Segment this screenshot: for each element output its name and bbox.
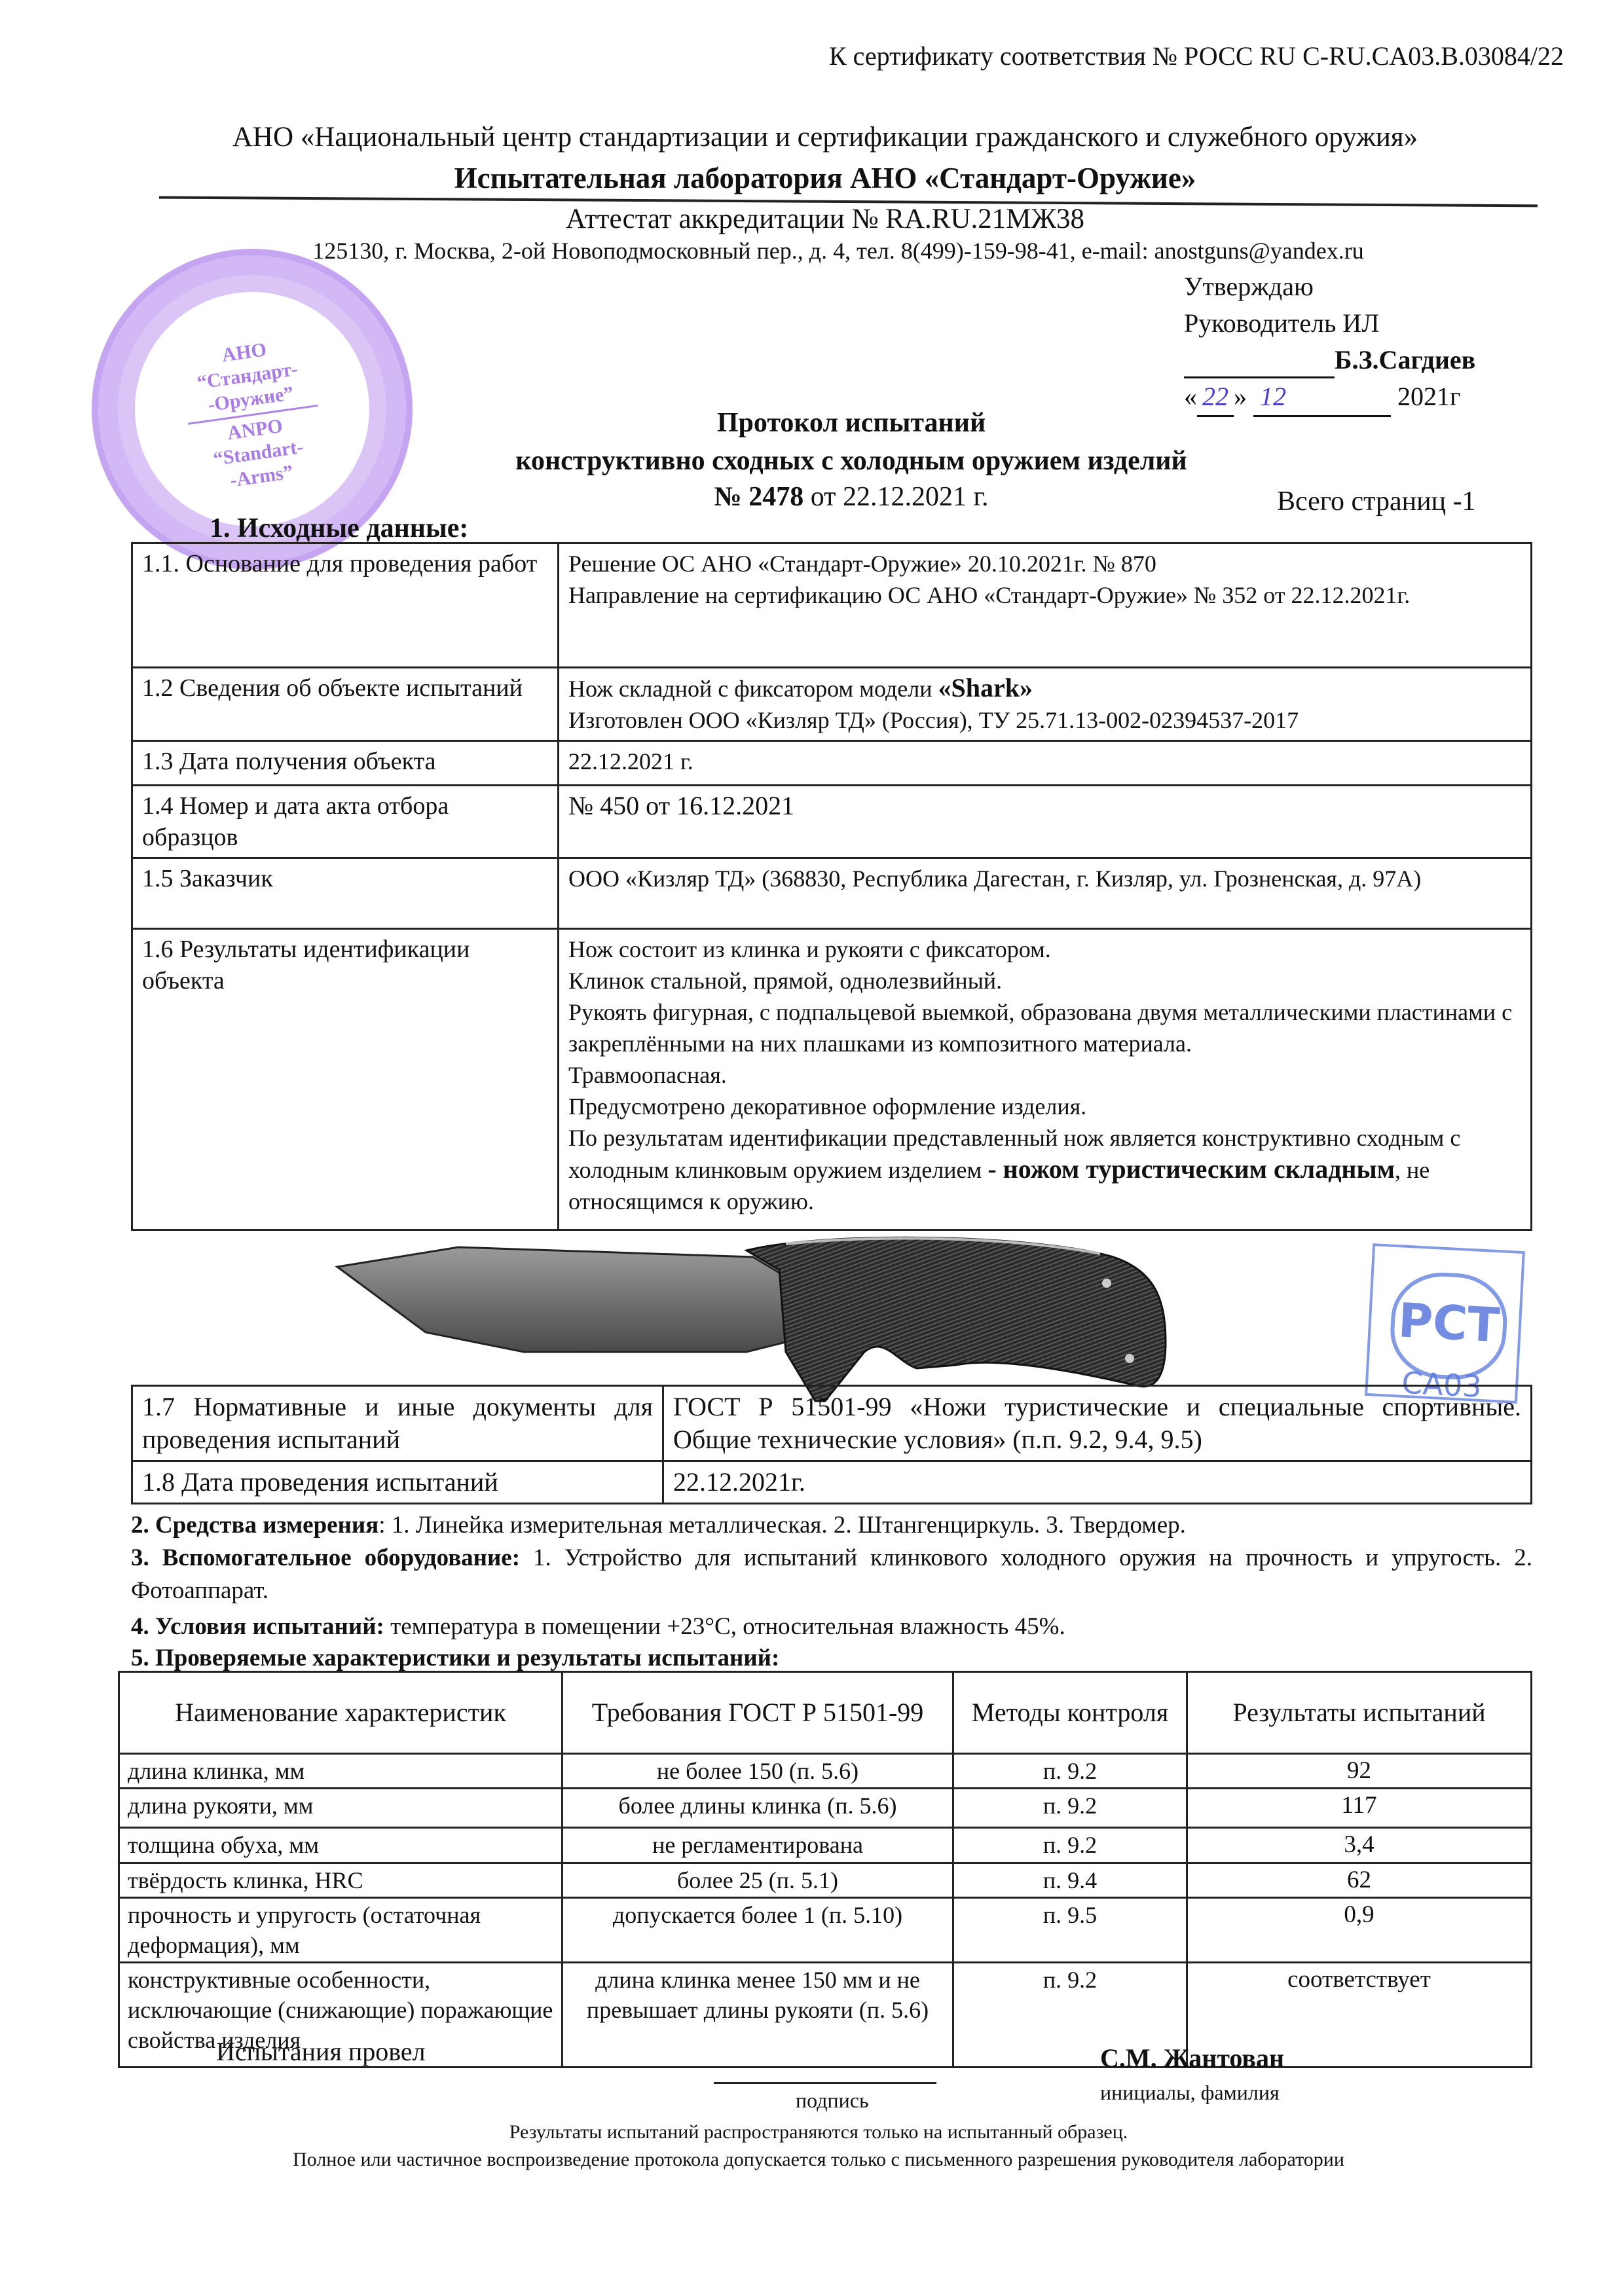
requirement: длина клинка менее 150 мм и не превышает… [563, 1963, 953, 2068]
footer-note-scope: Результаты испытаний распространяются то… [196, 2121, 1441, 2143]
test-method: п. 9.2 [953, 1754, 1187, 1789]
characteristic-name: прочность и упругость (остаточная деформ… [119, 1898, 563, 1963]
test-method: п. 9.4 [953, 1863, 1187, 1898]
requirement: не более 150 (п. 5.6) [563, 1754, 953, 1789]
table-row: толщина обуха, ммне регламентированап. 9… [119, 1828, 1532, 1863]
protocol-subtitle: конструктивно сходных с холодным оружием… [327, 445, 1375, 477]
signature-caption: подпись [796, 2088, 869, 2113]
section-label: 3. Вспомогательное оборудование: [131, 1544, 520, 1571]
test-result: 62 [1187, 1863, 1532, 1898]
row-key: 1.2 Сведения об объекте испытаний [132, 668, 559, 741]
section-5-heading: 5. Проверяемые характеристики и результа… [131, 1642, 1532, 1675]
row-key: 1.7 Нормативные и иные документы для про… [132, 1386, 663, 1461]
section-text: : 1. Линейка измерительная металлическая… [378, 1512, 1186, 1539]
column-header: Результаты испытаний [1187, 1672, 1532, 1754]
protocol-number-value: № 2478 [714, 482, 803, 512]
test-method: п. 9.5 [953, 1898, 1187, 1963]
row-key: 1.6 Результаты идентификации объекта [132, 929, 559, 1230]
tester-name: С.М. Жантован [1100, 2043, 1284, 2073]
row-value-line: Нож складной с фиксатором модели «Shark» [568, 672, 1521, 704]
requirement: более 25 (п. 5.1) [563, 1863, 953, 1898]
section-label: 4. Условия испытаний: [131, 1613, 384, 1640]
row-value: Решение ОС АНО «Стандарт-Оружие» 20.10.2… [559, 543, 1532, 668]
table-row: 1.5 Заказчик ООО «Кизляр ТД» (368830, Ре… [132, 858, 1532, 929]
requirement: не регламентирована [563, 1828, 953, 1863]
footer-note-reproduction: Полное или частичное воспроизведение про… [164, 2149, 1473, 2171]
characteristic-name: твёрдость клинка, HRC [119, 1863, 563, 1898]
row-value: Нож состоит из клинка и рукояти с фиксат… [559, 929, 1532, 1230]
row-value: ООО «Кизляр ТД» (368830, Республика Даге… [559, 858, 1532, 929]
test-result: 92 [1187, 1754, 1532, 1789]
conducted-by-label: Испытания провел [216, 2036, 426, 2067]
test-method: п. 9.2 [953, 1828, 1187, 1863]
requirement: более длины клинка (п. 5.6) [563, 1789, 953, 1828]
row-value-line: Направление на сертификацию ОС АНО «Стан… [568, 579, 1521, 611]
section-label: 2. Средства измерения [131, 1512, 378, 1539]
tester-signature-line [714, 2082, 936, 2084]
address-line: 125130, г. Москва, 2-ой Новоподмосковный… [216, 237, 1460, 264]
conclusion-classification: - ножом туристическим складным [987, 1154, 1395, 1184]
column-header: Наименование характеристик [119, 1672, 563, 1754]
approval-signature-line [1184, 350, 1335, 378]
approval-role: Руководитель ИЛ [1184, 305, 1475, 342]
table-row: длина рукояти, ммболее длины клинка (п. … [119, 1789, 1532, 1828]
gost-conformity-mark: PCT CA03 [1365, 1243, 1525, 1404]
protocol-number: № 2478 от 22.12.2021 г. [458, 481, 1244, 513]
row-value-line: Клинок стальной, прямой, однолезвийный. [568, 965, 1521, 996]
column-header: Требования ГОСТ Р 51501-99 [563, 1672, 953, 1754]
row-key: 1.4 Номер и дата акта отбора образцов [132, 786, 559, 858]
row-value: ГОСТ Р 51501-99 «Ножи туристические и сп… [663, 1386, 1532, 1461]
section-3-auxiliary-equipment: 3. Вспомогательное оборудование: 1. Устр… [131, 1542, 1532, 1607]
row-value: № 450 от 16.12.2021 [559, 786, 1532, 858]
table-row: длина клинка, ммне более 150 (п. 5.6)п. … [119, 1754, 1532, 1789]
table-row: 1.8 Дата проведения испытаний 22.12.2021… [132, 1461, 1532, 1504]
approver-name: Б.З.Сагдиев [1335, 345, 1475, 374]
table-row: 1.3 Дата получения объекта 22.12.2021 г. [132, 741, 1532, 786]
row-value: 22.12.2021 г. [559, 741, 1532, 786]
approval-year: 2021г [1397, 382, 1460, 411]
table-row: 1.1. Основание для проведения работ Реше… [132, 543, 1532, 668]
section-text: температура в помещении +23°C, относител… [384, 1613, 1065, 1640]
row-value-line: Травмоопасная. [568, 1059, 1521, 1091]
section-label: 5. Проверяемые характеристики и результа… [131, 1645, 779, 1671]
row-value-line: Предусмотрено декоративное оформление из… [568, 1091, 1521, 1122]
model-name: «Shark» [938, 673, 1033, 702]
test-result: 117 [1187, 1789, 1532, 1828]
section-4-test-conditions: 4. Условия испытаний: температура в поме… [131, 1611, 1532, 1643]
object-description: Нож складной с фиксатором модели [568, 676, 938, 702]
row-value-line: Нож состоит из клинка и рукояти с фиксат… [568, 934, 1521, 965]
row-key: 1.8 Дата проведения испытаний [132, 1461, 663, 1504]
test-method: п. 9.2 [953, 1789, 1187, 1828]
tester-name-caption: инициалы, фамилия [1100, 2081, 1280, 2105]
row-value-line: Решение ОС АНО «Стандарт-Оружие» 20.10.2… [568, 548, 1521, 579]
normative-docs-table: 1.7 Нормативные и иные документы для про… [131, 1385, 1532, 1504]
protocol-title: Протокол испытаний [458, 407, 1244, 439]
row-key: 1.3 Дата получения объекта [132, 741, 559, 786]
table-row: 1.6 Результаты идентификации объекта Нож… [132, 929, 1532, 1230]
organization-name: АНО «Национальный центр стандартизации и… [151, 121, 1500, 153]
column-header: Методы контроля [953, 1672, 1187, 1754]
characteristic-name: длина рукояти, мм [119, 1789, 563, 1828]
identification-conclusion: По результатам идентификации представлен… [568, 1122, 1521, 1217]
approval-label: Утверждаю [1184, 268, 1475, 305]
accreditation-line: Аттестат аккредитации № RA.RU.21МЖ38 [151, 203, 1500, 235]
table-header-row: Наименование характеристик Требования ГО… [119, 1672, 1532, 1754]
approval-block: Утверждаю Руководитель ИЛ Б.З.Сагдиев «2… [1184, 268, 1475, 417]
section-2-measuring-tools: 2. Средства измерения: 1. Линейка измери… [131, 1509, 1532, 1542]
row-key: 1.1. Основание для проведения работ [132, 543, 559, 668]
table-row: 1.2 Сведения об объекте испытаний Нож ск… [132, 668, 1532, 741]
results-table: Наименование характеристик Требования ГО… [118, 1671, 1532, 2068]
table-row: 1.7 Нормативные и иные документы для про… [132, 1386, 1532, 1461]
laboratory-name: Испытательная лаборатория АНО «Стандарт-… [151, 161, 1500, 195]
row-value-line: Рукоять фигурная, с подпальцевой выемкой… [568, 996, 1521, 1059]
approval-month: 12 [1253, 378, 1391, 417]
row-value: Нож складной с фиксатором модели «Shark»… [559, 668, 1532, 741]
table-row: твёрдость клинка, HRCболее 25 (п. 5.1)п.… [119, 1863, 1532, 1898]
section-1-heading: 1. Исходные данные: [210, 513, 468, 544]
table-row: прочность и упругость (остаточная деформ… [119, 1898, 1532, 1963]
characteristic-name: длина клинка, мм [119, 1754, 563, 1789]
test-result: 0,9 [1187, 1898, 1532, 1963]
initial-data-table: 1.1. Основание для проведения работ Реше… [131, 542, 1532, 1231]
test-result: 3,4 [1187, 1828, 1532, 1863]
row-key: 1.5 Заказчик [132, 858, 559, 929]
table-row: 1.4 Номер и дата акта отбора образцов № … [132, 786, 1532, 858]
protocol-date: от 22.12.2021 г. [811, 482, 989, 512]
row-value-line: Изготовлен ООО «Кизляр ТД» (Россия), ТУ … [568, 704, 1521, 736]
certificate-reference: К сертификату соответствия № РОСС RU С-R… [829, 41, 1564, 71]
requirement: допускается более 1 (п. 5.10) [563, 1898, 953, 1963]
characteristic-name: толщина обуха, мм [119, 1828, 563, 1863]
total-pages: Всего страниц -1 [1277, 486, 1476, 517]
row-value: 22.12.2021г. [663, 1461, 1532, 1504]
